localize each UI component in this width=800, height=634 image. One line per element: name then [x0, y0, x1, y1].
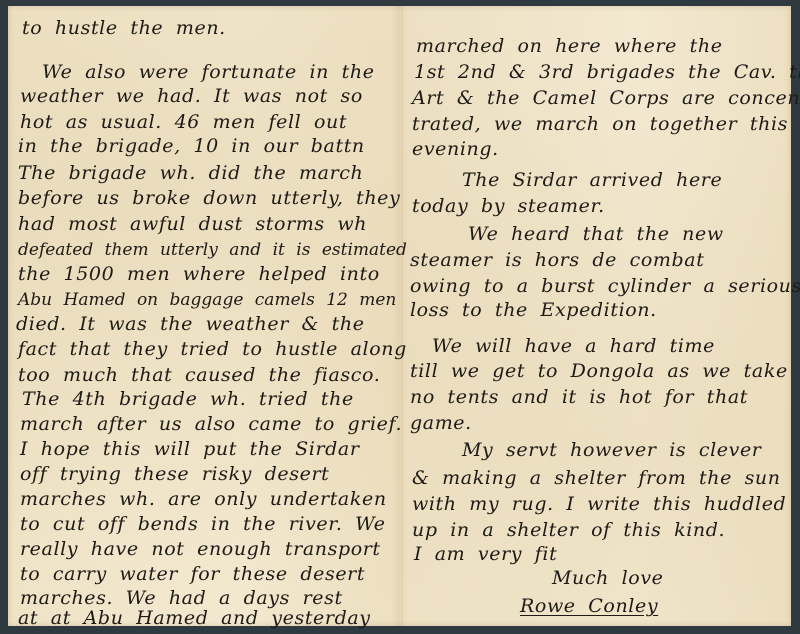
text-line: to cut off bends in the river. We — [20, 512, 386, 536]
text-line: had most awful dust storms wh — [18, 212, 367, 236]
text-line: I am very fit — [414, 542, 557, 566]
text-line: really have not enough transport — [20, 537, 381, 561]
text-line: 1st 2nd & 3rd brigades the Cav. the — [414, 60, 800, 84]
text-line: at at Abu Hamed and yesterday — [18, 606, 371, 630]
text-line: My servt however is clever — [462, 438, 762, 462]
closing-line: Much love — [552, 566, 664, 590]
text-line: steamer is hors de combat — [410, 248, 704, 272]
text-line: trated, we march on together this — [412, 112, 788, 136]
text-line: The Sirdar arrived here — [462, 168, 722, 192]
text-line: weather we had. It was not so — [20, 84, 363, 108]
text-line: We heard that the new — [468, 222, 724, 246]
text-line: defeated them utterly and it is estimate… — [18, 238, 407, 262]
text-line: fact that they tried to hustle along — [18, 337, 407, 361]
left-page: to hustle the men. We also were fortunat… — [8, 6, 402, 626]
text-line: no tents and it is hot for that — [410, 385, 748, 409]
text-line: & making a shelter from the sun — [412, 466, 781, 490]
document-viewer: to hustle the men. We also were fortunat… — [0, 0, 800, 634]
text-line: with my rug. I write this huddled — [412, 492, 786, 516]
text-line: Abu Hamed on baggage camels 12 men — [18, 288, 396, 312]
text-line: The 4th brigade wh. tried the — [22, 387, 354, 411]
text-line: off trying these risky desert — [20, 462, 329, 486]
text-line: in the brigade, 10 in our battn — [18, 134, 365, 158]
text-line: marched on here where the — [416, 34, 723, 58]
text-line: marches wh. are only undertaken — [20, 487, 387, 511]
text-line: I hope this will put the Sirdar — [20, 437, 360, 461]
text-line: the 1500 men where helped into — [18, 262, 380, 286]
text-line: We also were fortunate in the — [42, 60, 375, 84]
signature: Rowe Conley — [520, 594, 658, 618]
text-line: died. It was the weather & the — [16, 312, 365, 336]
text-line: We will have a hard time — [432, 334, 715, 358]
text-line: to carry water for these desert — [20, 562, 365, 586]
text-line: Art & the Camel Corps are concen — [412, 86, 800, 110]
right-page: marched on here where the 1st 2nd & 3rd … — [404, 6, 791, 626]
text-line: too much that caused the fiasco. — [18, 363, 380, 387]
text-line: evening. — [412, 137, 499, 161]
text-line: march after us also came to grief. — [20, 412, 402, 436]
text-line: today by steamer. — [412, 194, 605, 218]
text-line: game. — [410, 411, 472, 435]
text-line: till we get to Dongola as we take — [410, 359, 788, 383]
text-line: before us broke down utterly, they — [18, 186, 400, 210]
text-line: owing to a burst cylinder a serious — [410, 274, 800, 298]
text-line: up in a shelter of this kind. — [412, 518, 725, 542]
text-line: to hustle the men. — [22, 16, 226, 40]
text-line: hot as usual. 46 men fell out — [20, 110, 347, 134]
text-line: loss to the Expedition. — [410, 298, 657, 322]
letter-sheet: to hustle the men. We also were fortunat… — [8, 6, 791, 626]
text-line: The brigade wh. did the march — [18, 161, 363, 185]
